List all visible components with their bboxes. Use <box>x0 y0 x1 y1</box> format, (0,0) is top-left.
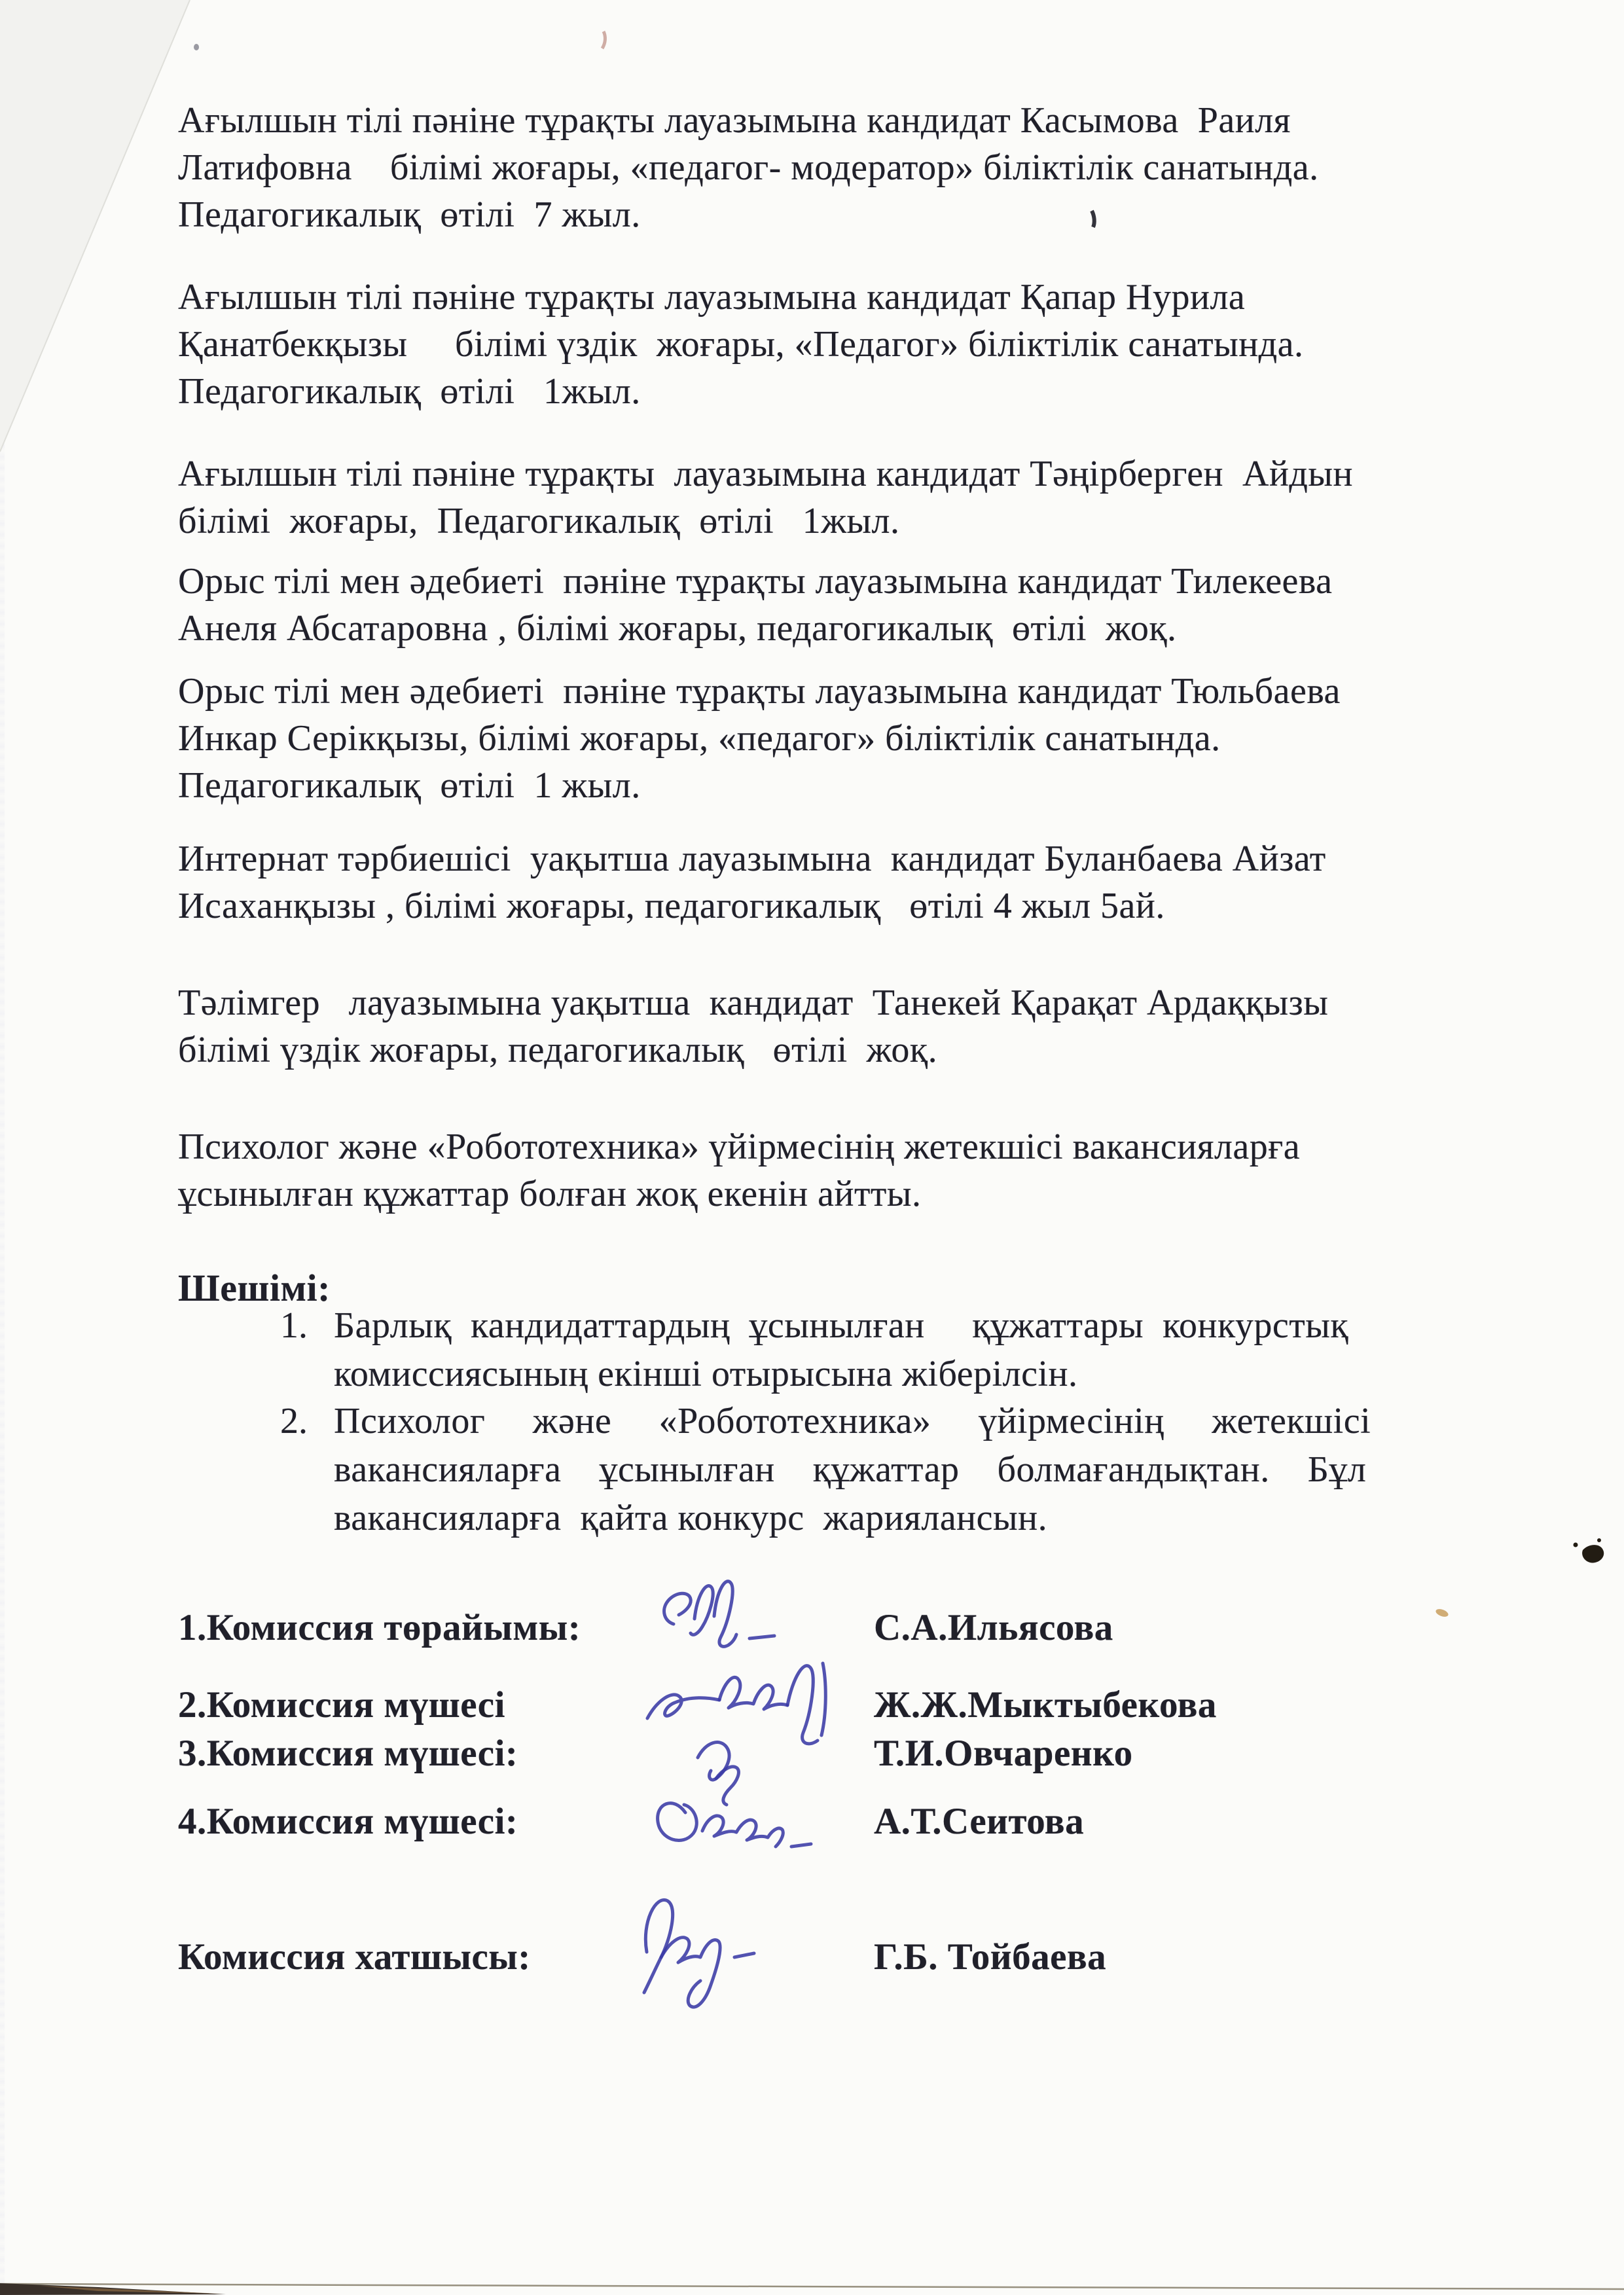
signature-row-1-label: 1.Комиссия төрайымы: <box>178 1605 581 1651</box>
ink-blot-dot-1 <box>1574 1543 1578 1547</box>
signature-row-1-name: С.А.Ильясова <box>874 1605 1113 1651</box>
signature-row-3-label: 3.Комиссия мүшесі: <box>178 1731 518 1777</box>
decision-item-1-text: Барлық кандидаттардың ұсынылған құжаттар… <box>334 1301 1348 1398</box>
signature-row-2-name: Ж.Ж.Мыктыбекова <box>874 1682 1217 1728</box>
paragraph-candidate-tanirbergen: Ағылшын тілі пәніне тұрақты лауазымына к… <box>178 450 1353 545</box>
paragraph-candidate-tanekei: Тәлімгер лауазымына уақытша кандидат Тан… <box>178 979 1328 1074</box>
paragraph-candidate-kasymova: Ағылшын тілі пәніне тұрақты лауазымына к… <box>178 97 1319 238</box>
gray-speck-artifact <box>194 44 199 50</box>
paragraph-psychologist-vacancy: Психолог және «Робототехника» үйірмесіні… <box>178 1123 1300 1218</box>
page-bottom-shadow-wedge <box>0 2283 226 2295</box>
paragraph-candidate-qapar: Ағылшын тілі пәніне тұрақты лауазымына к… <box>178 274 1304 415</box>
decision-item-1: 1. Барлық кандидаттардың ұсынылған құжат… <box>178 1301 1348 1398</box>
decision-item-1-number: 1. <box>280 1301 308 1350</box>
signature-member-4-ink <box>645 1777 821 1862</box>
paragraph-candidate-tilekeeva: Орыс тілі мен әдебиеті пәніне тұрақты ла… <box>178 558 1332 652</box>
decision-item-2: 2. Психолог және «Робототехника» үйірмес… <box>178 1397 1371 1542</box>
paragraph-candidate-tyulbaeva: Орыс тілі мен әдебиеті пәніне тұрақты ла… <box>178 668 1341 809</box>
signature-row-4-label: 4.Комиссия мүшесі: <box>178 1799 518 1845</box>
page-bottom-edge-line <box>0 2284 1624 2289</box>
decision-item-2-number: 2. <box>280 1397 308 1445</box>
signature-row-4-name: А.Т.Сеитова <box>874 1799 1084 1845</box>
paragraph-candidate-bulanbaeva: Интернат тәрбиешісі уақытша лауазымына к… <box>178 835 1326 930</box>
signature-secretary-ink <box>609 1872 785 2016</box>
signature-row-2-label: 2.Комиссия мүшесі <box>178 1682 505 1728</box>
scanned-document-page: Ағылшын тілі пәніне тұрақты лауазымына к… <box>0 0 1624 2295</box>
ink-blot-artifact <box>1582 1545 1604 1563</box>
tan-fleck-artifact <box>1435 1608 1449 1618</box>
page-bottom-shadow-fringe <box>39 2286 223 2294</box>
page-corner-fold-artifact <box>0 0 190 452</box>
decision-item-2-text: Психолог және «Робототехника» үйірмесіні… <box>334 1397 1371 1542</box>
fold-crease-line <box>0 0 190 452</box>
signature-row-3-name: Т.И.Овчаренко <box>874 1731 1133 1777</box>
secretary-row-name: Г.Б. Тойбаева <box>874 1934 1106 1980</box>
ink-blot-dot-2 <box>1597 1538 1601 1542</box>
secretary-row-label: Комиссия хатшысы: <box>178 1934 531 1980</box>
red-fleck-artifact <box>602 31 605 48</box>
scan-left-edge-artifact <box>0 0 5 2295</box>
